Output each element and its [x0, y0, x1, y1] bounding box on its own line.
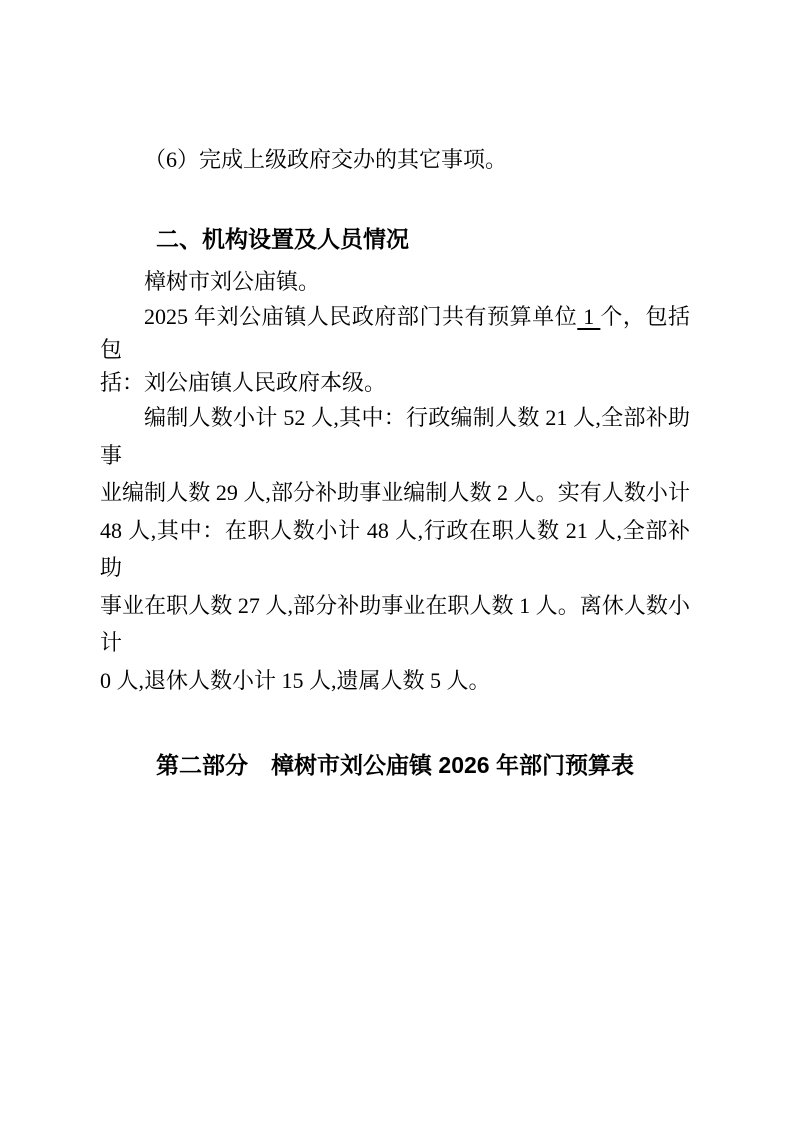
document-page: （6）完成上级政府交办的其它事项。 二、机构设置及人员情况 樟树市刘公庙镇。 2… [0, 0, 793, 1122]
staffing-line-5: 0 人,退休人数小计 15 人,遗属人数 5 人。 [100, 662, 690, 700]
budget-unit-line-2: 括：刘公庙镇人民政府本级。 [100, 366, 690, 399]
budget-unit-line-1: 2025 年刘公庙镇人民政府部门共有预算单位 1 个，包括包 [100, 300, 690, 366]
staffing-line-3: 48 人,其中：在职人数小计 48 人,行政在职人数 21 人,全部补助 [100, 512, 690, 587]
town-name-line: 樟树市刘公庙镇。 [100, 265, 690, 298]
part2-title: 第二部分 樟树市刘公庙镇 2026 年部门预算表 [100, 747, 690, 783]
staffing-line-4: 事业在职人数 27 人,部分补助事业在职人数 1 人。离休人数小计 [100, 587, 690, 662]
budget-unit-count-underlined: 1 [577, 304, 600, 329]
section-heading-org-setup: 二、机构设置及人员情况 [100, 223, 690, 256]
document-body: （6）完成上级政府交办的其它事项。 二、机构设置及人员情况 樟树市刘公庙镇。 2… [100, 143, 690, 783]
task-item-6: （6）完成上级政府交办的其它事项。 [100, 143, 690, 176]
staffing-paragraph: 编制人数小计 52 人,其中：行政编制人数 21 人,全部补助事 业编制人数 2… [100, 399, 690, 699]
budget-unit-text-before: 2025 年刘公庙镇人民政府部门共有预算单位 [144, 304, 577, 329]
budget-unit-paragraph: 2025 年刘公庙镇人民政府部门共有预算单位 1 个，包括包 括：刘公庙镇人民政… [100, 300, 690, 399]
staffing-line-1: 编制人数小计 52 人,其中：行政编制人数 21 人,全部补助事 [100, 399, 690, 474]
staffing-line-2: 业编制人数 29 人,部分补助事业编制人数 2 人。实有人数小计 [100, 474, 690, 512]
